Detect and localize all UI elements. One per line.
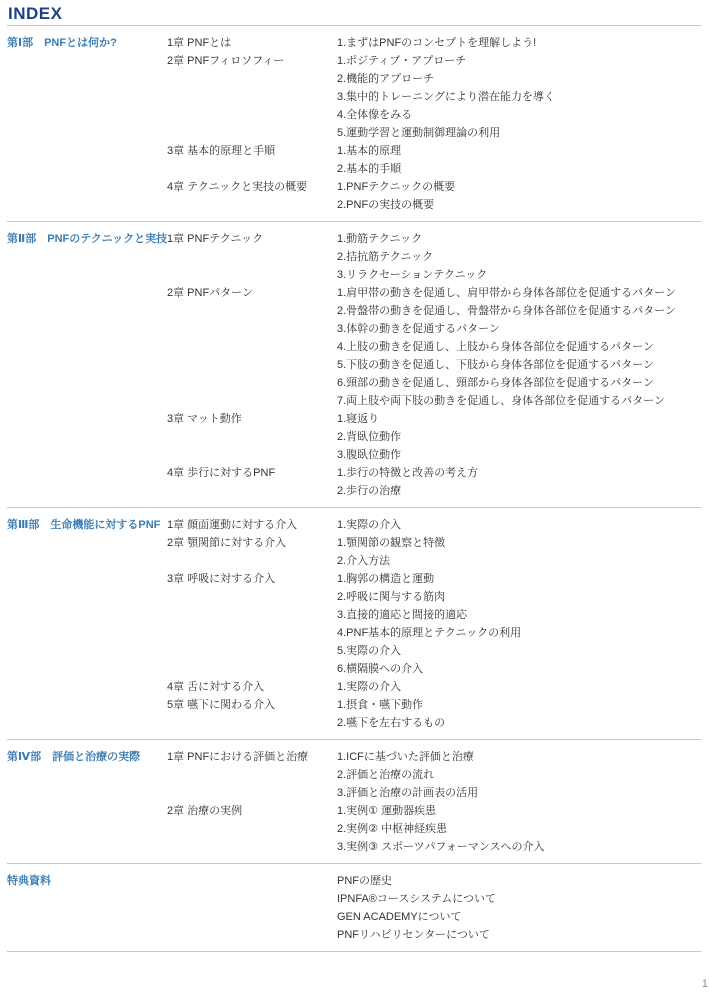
toc-section: 第Ⅰ部 PNFとは何か?1章 PNFとは1.まずはPNFのコンセプトを理解しよう…: [7, 26, 701, 222]
toc-row: 5.実際の介入: [7, 642, 701, 660]
chapter-label: [167, 70, 337, 88]
chapter-label: [167, 838, 337, 856]
chapter-label: [167, 320, 337, 338]
part-label: [7, 642, 167, 660]
chapter-label: 3章 基本的原理と手順: [167, 142, 337, 160]
part-label: 特典資料: [7, 872, 167, 890]
item-label: 2.拮抗筋テクニック: [337, 248, 701, 266]
item-label: 2.嚥下を左右するもの: [337, 714, 701, 732]
item-label: IPNFA®コースシステムについて: [337, 890, 701, 908]
chapter-label: [167, 588, 337, 606]
item-label: 2.機能的アプローチ: [337, 70, 701, 88]
chapter-label: [167, 356, 337, 374]
toc-section: 特典資料PNFの歴史IPNFA®コースシステムについてGEN ACADEMYにつ…: [7, 864, 701, 952]
toc-row: 4章 舌に対する介入1.実際の介入: [7, 678, 701, 696]
toc-row: 4.PNF基本的原理とテクニックの利用: [7, 624, 701, 642]
toc-row: 2.歩行の治療: [7, 482, 701, 500]
toc-row: 4章 テクニックと実技の概要1.PNFテクニックの概要: [7, 178, 701, 196]
part-label: [7, 660, 167, 678]
part-label: 第Ⅱ部 PNFのテクニックと実技: [7, 230, 167, 248]
part-label: [7, 714, 167, 732]
toc-row: 2.実例② 中枢神経疾患: [7, 820, 701, 838]
part-label: [7, 266, 167, 284]
part-label: [7, 338, 167, 356]
toc-row: 2.機能的アプローチ: [7, 70, 701, 88]
toc-row: 2章 治療の実例1.実例① 運動器疾患: [7, 802, 701, 820]
item-label: 4.上肢の動きを促通し、上肢から身体各部位を促通するパターン: [337, 338, 701, 356]
item-label: 3.集中的トレーニングにより潜在能力を導く: [337, 88, 701, 106]
toc-row: 特典資料PNFの歴史: [7, 872, 701, 890]
index-page: INDEX 第Ⅰ部 PNFとは何か?1章 PNFとは1.まずはPNFのコンセプト…: [0, 0, 709, 952]
chapter-label: [167, 552, 337, 570]
part-label: [7, 356, 167, 374]
part-label: 第Ⅰ部 PNFとは何か?: [7, 34, 167, 52]
item-label: 1.実例① 運動器疾患: [337, 802, 701, 820]
chapter-label: [167, 908, 337, 926]
item-label: 2.評価と治療の流れ: [337, 766, 701, 784]
part-label: [7, 534, 167, 552]
part-label: [7, 678, 167, 696]
item-label: GEN ACADEMYについて: [337, 908, 701, 926]
item-label: 3.体幹の動きを促通するパターン: [337, 320, 701, 338]
toc-row: 3章 呼吸に対する介入1.胸郭の構造と運動: [7, 570, 701, 588]
chapter-label: [167, 124, 337, 142]
part-label: [7, 88, 167, 106]
part-label: [7, 284, 167, 302]
part-label: [7, 890, 167, 908]
chapter-label: 3章 マット動作: [167, 410, 337, 428]
item-label: PNFの歴史: [337, 872, 701, 890]
item-label: 1.まずはPNFのコンセプトを理解しよう!: [337, 34, 701, 52]
item-label: 1.実際の介入: [337, 516, 701, 534]
chapter-label: [167, 624, 337, 642]
toc-row: 2.介入方法: [7, 552, 701, 570]
toc-row: 3.評価と治療の計画表の活用: [7, 784, 701, 802]
page-title: INDEX: [8, 5, 701, 24]
toc-row: 2.PNFの実技の概要: [7, 196, 701, 214]
toc-row: 3章 マット動作1.寝返り: [7, 410, 701, 428]
item-label: 4.PNF基本的原理とテクニックの利用: [337, 624, 701, 642]
part-label: [7, 482, 167, 500]
part-label: [7, 696, 167, 714]
toc-section: 第Ⅱ部 PNFのテクニックと実技1章 PNFテクニック1.動筋テクニック2.拮抗…: [7, 222, 701, 508]
item-label: 1.ポジティブ・アプローチ: [337, 52, 701, 70]
item-label: 1.PNFテクニックの概要: [337, 178, 701, 196]
chapter-label: [167, 784, 337, 802]
part-label: [7, 248, 167, 266]
toc-row: 4.上肢の動きを促通し、上肢から身体各部位を促通するパターン: [7, 338, 701, 356]
chapter-label: [167, 642, 337, 660]
toc-row: 2.拮抗筋テクニック: [7, 248, 701, 266]
toc-row: IPNFA®コースシステムについて: [7, 890, 701, 908]
toc-row: 3.リラクセーションテクニック: [7, 266, 701, 284]
part-label: [7, 606, 167, 624]
chapter-label: [167, 446, 337, 464]
toc-row: 2.背臥位動作: [7, 428, 701, 446]
toc-row: 6.頸部の動きを促通し、頸部から身体各部位を促通するパターン: [7, 374, 701, 392]
toc-section: 第Ⅳ部 評価と治療の実際1章 PNFにおける評価と治療1.ICFに基づいた評価と…: [7, 740, 701, 864]
part-label: [7, 374, 167, 392]
toc-row: 2.骨盤帯の動きを促通し、骨盤帯から身体各部位を促通するパターン: [7, 302, 701, 320]
chapter-label: 1章 顔面運動に対する介入: [167, 516, 337, 534]
item-label: 2.基本的手順: [337, 160, 701, 178]
item-label: 3.実例③ スポーツパフォーマンスへの介入: [337, 838, 701, 856]
item-label: 2.PNFの実技の概要: [337, 196, 701, 214]
item-label: 4.全体像をみる: [337, 106, 701, 124]
part-label: [7, 302, 167, 320]
chapter-label: 4章 舌に対する介入: [167, 678, 337, 696]
chapter-label: 2章 PNFパターン: [167, 284, 337, 302]
toc-row: 5.運動学習と運動制御理論の利用: [7, 124, 701, 142]
part-label: [7, 320, 167, 338]
item-label: 1.ICFに基づいた評価と治療: [337, 748, 701, 766]
part-label: [7, 196, 167, 214]
toc-row: 第Ⅲ部 生命機能に対するPNF1章 顔面運動に対する介入1.実際の介入: [7, 516, 701, 534]
chapter-label: [167, 428, 337, 446]
part-label: [7, 446, 167, 464]
chapter-label: 4章 テクニックと実技の概要: [167, 178, 337, 196]
toc-row: 3.実例③ スポーツパフォーマンスへの介入: [7, 838, 701, 856]
chapter-label: 5章 嚥下に関わる介入: [167, 696, 337, 714]
chapter-label: 4章 歩行に対するPNF: [167, 464, 337, 482]
chapter-label: [167, 872, 337, 890]
toc-row: 2.評価と治療の流れ: [7, 766, 701, 784]
item-label: 1.歩行の特徴と改善の考え方: [337, 464, 701, 482]
toc-row: 第Ⅳ部 評価と治療の実際1章 PNFにおける評価と治療1.ICFに基づいた評価と…: [7, 748, 701, 766]
part-label: [7, 838, 167, 856]
chapter-label: 2章 顎関節に対する介入: [167, 534, 337, 552]
chapter-label: 1章 PNFテクニック: [167, 230, 337, 248]
part-label: [7, 624, 167, 642]
item-label: 1.胸郭の構造と運動: [337, 570, 701, 588]
toc-row: 3.集中的トレーニングにより潜在能力を導く: [7, 88, 701, 106]
part-label: [7, 552, 167, 570]
part-label: [7, 106, 167, 124]
chapter-label: [167, 890, 337, 908]
item-label: 5.実際の介入: [337, 642, 701, 660]
item-label: 1.肩甲帯の動きを促通し、肩甲帯から身体各部位を促通するパターン: [337, 284, 701, 302]
page-number: 1: [702, 978, 708, 990]
part-label: [7, 926, 167, 944]
item-label: 3.リラクセーションテクニック: [337, 266, 701, 284]
chapter-label: 1章 PNFにおける評価と治療: [167, 748, 337, 766]
part-label: [7, 588, 167, 606]
item-label: 5.下肢の動きを促通し、下肢から身体各部位を促通するパターン: [337, 356, 701, 374]
toc-row: 4章 歩行に対するPNF1.歩行の特徴と改善の考え方: [7, 464, 701, 482]
chapter-label: [167, 482, 337, 500]
item-label: 1.実際の介入: [337, 678, 701, 696]
toc-row: 2.呼吸に関与する筋肉: [7, 588, 701, 606]
toc-row: 3章 基本的原理と手順1.基本的原理: [7, 142, 701, 160]
part-label: [7, 52, 167, 70]
part-label: [7, 908, 167, 926]
chapter-label: [167, 302, 337, 320]
chapter-label: [167, 160, 337, 178]
item-label: 2.介入方法: [337, 552, 701, 570]
part-label: [7, 570, 167, 588]
toc-row: 2.基本的手順: [7, 160, 701, 178]
part-label: [7, 124, 167, 142]
toc-section: 第Ⅲ部 生命機能に対するPNF1章 顔面運動に対する介入1.実際の介入2章 顎関…: [7, 508, 701, 740]
item-label: 2.歩行の治療: [337, 482, 701, 500]
item-label: PNFリハビリセンターについて: [337, 926, 701, 944]
part-label: [7, 160, 167, 178]
toc-row: 6.横隔膜への介入: [7, 660, 701, 678]
toc-row: 2章 顎関節に対する介入1.顎関節の観察と特徴: [7, 534, 701, 552]
part-label: 第Ⅳ部 評価と治療の実際: [7, 748, 167, 766]
chapter-label: [167, 714, 337, 732]
toc-row: 3.腹臥位動作: [7, 446, 701, 464]
chapter-label: [167, 926, 337, 944]
part-label: [7, 70, 167, 88]
item-label: 3.評価と治療の計画表の活用: [337, 784, 701, 802]
part-label: 第Ⅲ部 生命機能に対するPNF: [7, 516, 167, 534]
toc-row: 第Ⅰ部 PNFとは何か?1章 PNFとは1.まずはPNFのコンセプトを理解しよう…: [7, 34, 701, 52]
item-label: 1.摂食・嚥下動作: [337, 696, 701, 714]
part-label: [7, 428, 167, 446]
toc-row: 5.下肢の動きを促通し、下肢から身体各部位を促通するパターン: [7, 356, 701, 374]
part-label: [7, 820, 167, 838]
part-label: [7, 464, 167, 482]
part-label: [7, 392, 167, 410]
index-header: INDEX: [7, 0, 701, 26]
chapter-label: 3章 呼吸に対する介入: [167, 570, 337, 588]
toc-row: 2章 PNFパターン1.肩甲帯の動きを促通し、肩甲帯から身体各部位を促通するパタ…: [7, 284, 701, 302]
chapter-label: [167, 606, 337, 624]
part-label: [7, 784, 167, 802]
chapter-label: 1章 PNFとは: [167, 34, 337, 52]
item-label: 1.動筋テクニック: [337, 230, 701, 248]
toc-row: GEN ACADEMYについて: [7, 908, 701, 926]
part-label: [7, 178, 167, 196]
part-label: [7, 410, 167, 428]
chapter-label: 2章 PNFフィロソフィー: [167, 52, 337, 70]
item-label: 1.顎関節の観察と特徴: [337, 534, 701, 552]
chapter-label: [167, 106, 337, 124]
toc-row: 3.直接的適応と間接的適応: [7, 606, 701, 624]
chapter-label: [167, 392, 337, 410]
toc-row: 2.嚥下を左右するもの: [7, 714, 701, 732]
chapter-label: [167, 88, 337, 106]
item-label: 2.呼吸に関与する筋肉: [337, 588, 701, 606]
table-of-contents: 第Ⅰ部 PNFとは何か?1章 PNFとは1.まずはPNFのコンセプトを理解しよう…: [7, 26, 701, 952]
item-label: 2.実例② 中枢神経疾患: [337, 820, 701, 838]
chapter-label: [167, 374, 337, 392]
chapter-label: [167, 660, 337, 678]
toc-row: 7.両上肢や両下肢の動きを促通し、身体各部位を促通するパターン: [7, 392, 701, 410]
chapter-label: [167, 820, 337, 838]
chapter-label: 2章 治療の実例: [167, 802, 337, 820]
toc-row: 4.全体像をみる: [7, 106, 701, 124]
chapter-label: [167, 766, 337, 784]
part-label: [7, 802, 167, 820]
item-label: 6.横隔膜への介入: [337, 660, 701, 678]
chapter-label: [167, 266, 337, 284]
chapter-label: [167, 248, 337, 266]
toc-row: 2章 PNFフィロソフィー1.ポジティブ・アプローチ: [7, 52, 701, 70]
item-label: 5.運動学習と運動制御理論の利用: [337, 124, 701, 142]
part-label: [7, 142, 167, 160]
item-label: 2.背臥位動作: [337, 428, 701, 446]
item-label: 6.頸部の動きを促通し、頸部から身体各部位を促通するパターン: [337, 374, 701, 392]
item-label: 1.基本的原理: [337, 142, 701, 160]
chapter-label: [167, 196, 337, 214]
item-label: 1.寝返り: [337, 410, 701, 428]
part-label: [7, 766, 167, 784]
toc-row: 5章 嚥下に関わる介入1.摂食・嚥下動作: [7, 696, 701, 714]
item-label: 3.腹臥位動作: [337, 446, 701, 464]
toc-row: PNFリハビリセンターについて: [7, 926, 701, 944]
item-label: 7.両上肢や両下肢の動きを促通し、身体各部位を促通するパターン: [337, 392, 701, 410]
item-label: 2.骨盤帯の動きを促通し、骨盤帯から身体各部位を促通するパターン: [337, 302, 701, 320]
item-label: 3.直接的適応と間接的適応: [337, 606, 701, 624]
chapter-label: [167, 338, 337, 356]
toc-row: 3.体幹の動きを促通するパターン: [7, 320, 701, 338]
toc-row: 第Ⅱ部 PNFのテクニックと実技1章 PNFテクニック1.動筋テクニック: [7, 230, 701, 248]
